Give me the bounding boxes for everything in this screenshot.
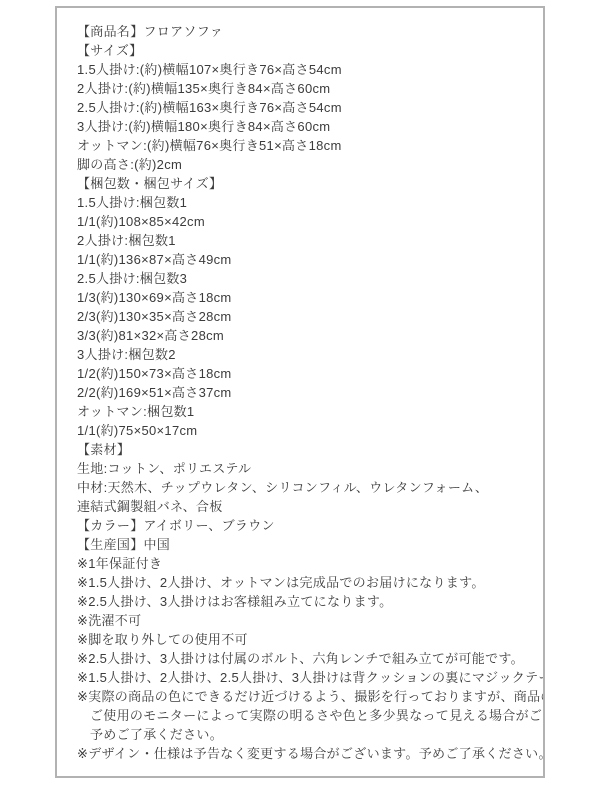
- color-line: 【カラー】アイボリー、ブラウン: [77, 516, 525, 535]
- size-line: 脚の高さ:(約)2cm: [77, 155, 525, 174]
- note-line: ※洗濯不可: [77, 611, 525, 630]
- packing-line: 1/1(約)136×87×高さ49cm: [77, 250, 525, 269]
- note-line: ※1.5人掛け、2人掛け、オットマンは完成品でのお届けになります。: [77, 573, 525, 592]
- size-line: 3人掛け:(約)横幅180×奥行き84×高さ60cm: [77, 117, 525, 136]
- packing-section-header: 【梱包数・梱包サイズ】: [77, 174, 525, 193]
- material-section-header: 【素材】: [77, 440, 525, 459]
- country-line: 【生産国】中国: [77, 535, 525, 554]
- size-line: 1.5人掛け:(約)横幅107×奥行き76×高さ54cm: [77, 60, 525, 79]
- note-line: ※2.5人掛け、3人掛けはお客様組み立てになります。: [77, 592, 525, 611]
- packing-line: 1/2(約)150×73×高さ18cm: [77, 364, 525, 383]
- size-line: オットマン:(約)横幅76×奥行き51×高さ18cm: [77, 136, 525, 155]
- note-line: ※脚を取り外しての使用不可: [77, 630, 525, 649]
- packing-line: 1/3(約)130×69×高さ18cm: [77, 288, 525, 307]
- packing-line: 2/3(約)130×35×高さ28cm: [77, 307, 525, 326]
- packing-line: 2.5人掛け:梱包数3: [77, 269, 525, 288]
- product-name-line: 【商品名】フロアソファ: [77, 22, 525, 41]
- size-line: 2人掛け:(約)横幅135×奥行き84×高さ60cm: [77, 79, 525, 98]
- size-line: 2.5人掛け:(約)横幅163×奥行き76×高さ54cm: [77, 98, 525, 117]
- packing-line: 3人掛け:梱包数2: [77, 345, 525, 364]
- packing-line: 2人掛け:梱包数1: [77, 231, 525, 250]
- packing-line: 1/1(約)108×85×42cm: [77, 212, 525, 231]
- note-line: ※実際の商品の色にできるだけ近づけるよう、撮影を行っておりますが、商品の色は、: [77, 687, 525, 706]
- note-line: ※デザイン・仕様は予告なく変更する場合がございます。予めご了承ください。: [77, 744, 525, 763]
- note-line-continuation: ご使用のモニターによって実際の明るさや色と多少異なって見える場合がございます。: [77, 706, 525, 725]
- material-line: 中材:天然木、チップウレタン、シリコンフィル、ウレタンフォーム、: [77, 478, 525, 497]
- material-line: 生地:コットン、ポリエステル: [77, 459, 525, 478]
- packing-line: 2/2(約)169×51×高さ37cm: [77, 383, 525, 402]
- packing-line: オットマン:梱包数1: [77, 402, 525, 421]
- size-section-header: 【サイズ】: [77, 41, 525, 60]
- packing-line: 3/3(約)81×32×高さ28cm: [77, 326, 525, 345]
- note-line: ※1年保証付き: [77, 554, 525, 573]
- packing-line: 1/1(約)75×50×17cm: [77, 421, 525, 440]
- page: 【商品名】フロアソファ 【サイズ】 1.5人掛け:(約)横幅107×奥行き76×…: [0, 0, 600, 790]
- note-line: ※2.5人掛け、3人掛けは付属のボルト、六角レンチで組み立てが可能です。: [77, 649, 525, 668]
- packing-line: 1.5人掛け:梱包数1: [77, 193, 525, 212]
- note-line: ※1.5人掛け、2人掛け、2.5人掛け、3人掛けは背クッションの裏にマジックテー…: [77, 668, 525, 687]
- material-line: 連結式鋼製組バネ、合板: [77, 497, 525, 516]
- product-spec-panel: 【商品名】フロアソファ 【サイズ】 1.5人掛け:(約)横幅107×奥行き76×…: [55, 6, 545, 778]
- note-line-continuation: 予めご了承ください。: [77, 725, 525, 744]
